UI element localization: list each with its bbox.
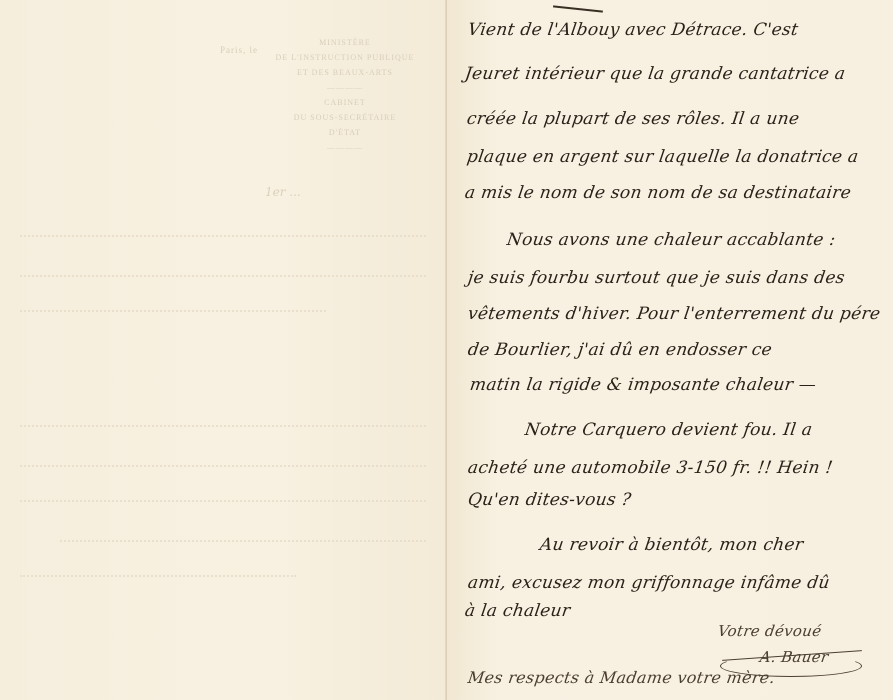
letter-line: Nous avons une chaleur accablante :	[506, 230, 837, 250]
letter-line: matin la rigide & imposante chaleur —	[469, 375, 818, 395]
letter-line: Jeuret intérieur que la grande cantatric…	[464, 64, 847, 84]
letter-line: vêtements d'hiver. Pour l'enterrement du…	[467, 304, 882, 324]
show-through-line	[20, 300, 326, 312]
letter-line: plaque en argent sur laquelle la donatri…	[466, 147, 860, 167]
letterhead-line: DE L'INSTRUCTION PUBLIQUE	[250, 50, 440, 65]
letterhead: Paris, le MINISTÈRE DE L'INSTRUCTION PUB…	[250, 35, 440, 155]
letterhead-city: Paris, le	[220, 43, 258, 58]
letter-line: a mis le nom de son nom de sa destinatai…	[464, 183, 853, 203]
closing: Votre dévoué	[717, 622, 823, 640]
show-through-line	[20, 265, 426, 277]
letter-line: Qu'en dites-vous ?	[467, 490, 633, 510]
letter-line: acheté une automobile 3-150 fr. !! Hein …	[467, 458, 835, 478]
letterhead-line: D'ÉTAT	[250, 125, 440, 140]
letter-line: à la chaleur	[464, 601, 572, 621]
letter-line: Au revoir à bientôt, mon cher	[539, 535, 805, 555]
show-through-line	[20, 225, 426, 237]
show-through-line	[20, 490, 426, 502]
letter-line: créée la plupart de ses rôles. Il a une	[466, 109, 801, 129]
signature: A. Bauer	[759, 648, 830, 666]
letter-line: je suis fourbu surtout que je suis dans …	[467, 268, 847, 288]
faded-date: 1er ...	[265, 185, 301, 199]
letterhead-line: ET DES BEAUX-ARTS	[250, 65, 440, 80]
letterhead-line: ————	[250, 140, 440, 155]
left-page: Paris, le MINISTÈRE DE L'INSTRUCTION PUB…	[0, 0, 446, 700]
letter-line: ami, excusez mon griffonnage infâme dû	[467, 573, 832, 593]
show-through-line	[20, 415, 426, 427]
letter-line: de Bourlier, j'ai dû en endosser ce	[467, 340, 774, 360]
letterhead-line: ————	[250, 80, 440, 95]
show-through-line	[20, 455, 426, 467]
letter-line: Notre Carquero devient fou. Il a	[524, 420, 814, 440]
show-through-line	[20, 565, 296, 577]
letterhead-line: MINISTÈRE	[250, 35, 440, 50]
postscript: Mes respects à Madame votre mère.	[467, 668, 777, 687]
letter-line: Vient de l'Albouy avec Détrace. C'est	[467, 20, 800, 40]
letterhead-line: CABINET	[250, 95, 440, 110]
show-through-line	[60, 530, 426, 542]
letterhead-line: DU SOUS-SECRÉTAIRE	[250, 110, 440, 125]
